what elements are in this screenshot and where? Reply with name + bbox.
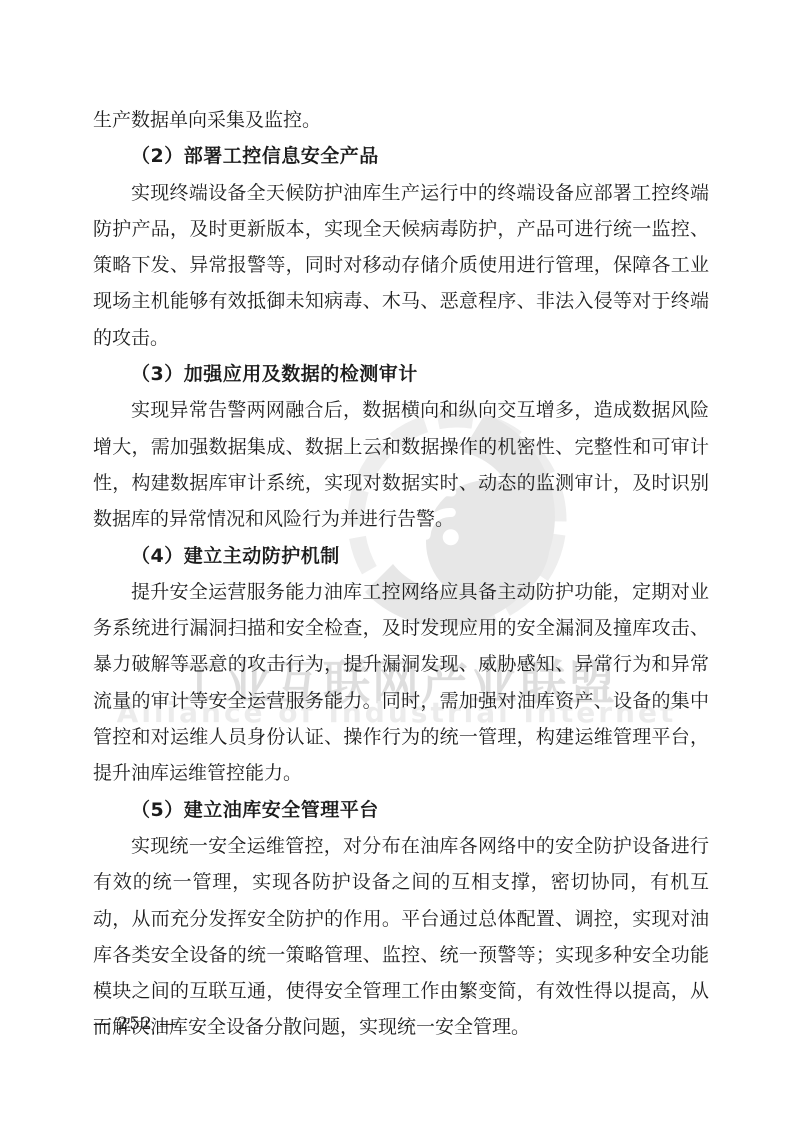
page-number: — 252 — [93,1012,177,1036]
section-3-paragraph: 实现异常告警两网融合后，数据横向和纵向交互增多，造成数据风险增大，需加强数据集成… [93,392,709,537]
section-heading-4: （4）建立主动防护机制 [93,538,709,574]
section-heading-2: （2）部署工控信息安全产品 [93,138,709,174]
section-5-paragraph: 实现统一安全运维管控，对分布在油库各网络中的安全防护设备进行有效的统一管理，实现… [93,828,709,1046]
document-body: 生产数据单向采集及监控。 （2）部署工控信息安全产品 实现终端设备全天候防护油库… [93,102,709,1046]
section-heading-5: （5）建立油库安全管理平台 [93,792,709,828]
section-2-paragraph: 实现终端设备全天候防护油库生产运行中的终端设备应部署工控终端防护产品，及时更新版… [93,175,709,356]
paragraph-continuation: 生产数据单向采集及监控。 [93,102,709,138]
section-4-paragraph: 提升安全运营服务能力油库工控网络应具备主动防护功能，定期对业务系统进行漏洞扫描和… [93,574,709,792]
document-page: 工业互联网产业联盟 Alliance of Industrial Interne… [0,0,793,1122]
section-heading-3: （3）加强应用及数据的检测审计 [93,356,709,392]
